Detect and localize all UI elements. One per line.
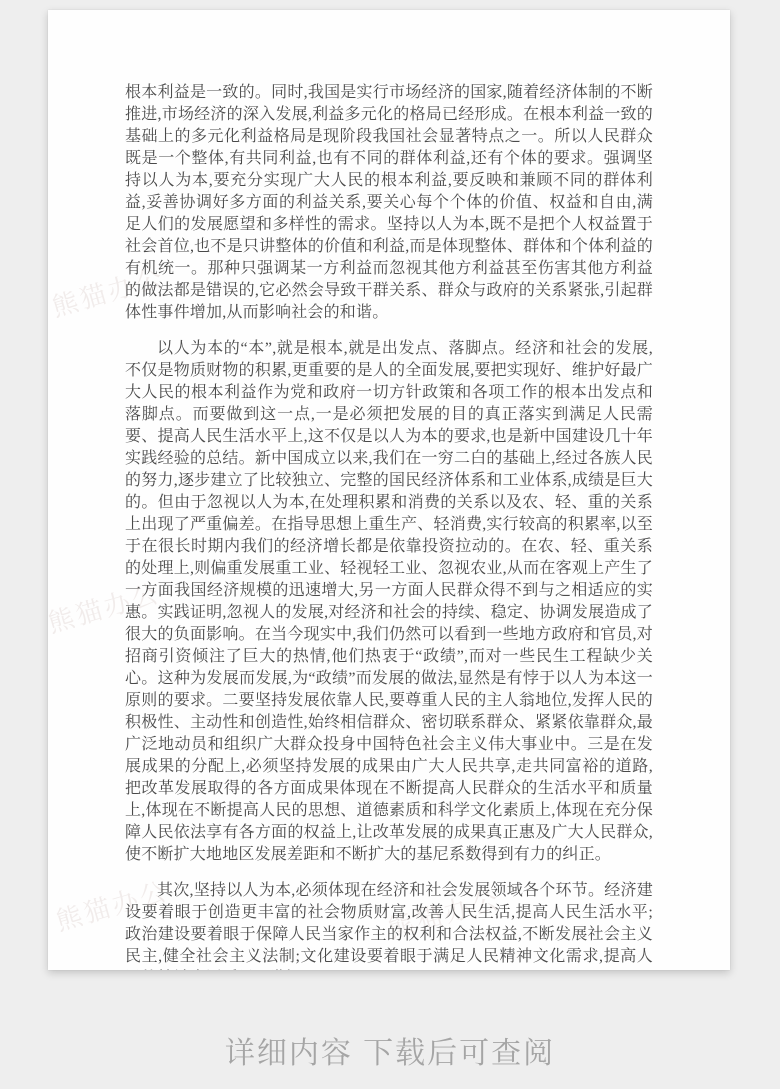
paragraph-3: 其次,坚持以人为本,必须体现在经济和社会发展领域各个环节。经济建设要着眼于创造更… — [125, 880, 653, 970]
download-hint-text: 详细内容 下载后可查阅 — [0, 1010, 780, 1089]
paragraph-2: 以人为本的“本”,就是根本,就是出发点、落脚点。经济和社会的发展,不仅是物质财物… — [125, 338, 653, 866]
paragraph-1: 根本利益是一致的。同时,我国是实行市场经济的国家,随着经济体制的不断推进,市场经… — [125, 82, 653, 324]
document-page: 熊猫办公 熊猫办公 熊猫办公 熊猫办公 根本利益是一致的。同时,我国是实行市场经… — [48, 10, 730, 970]
document-preview: { "page": { "background_color": "#eeeeee… — [0, 0, 780, 1089]
document-content: 根本利益是一致的。同时,我国是实行市场经济的国家,随着经济体制的不断推进,市场经… — [48, 10, 730, 970]
